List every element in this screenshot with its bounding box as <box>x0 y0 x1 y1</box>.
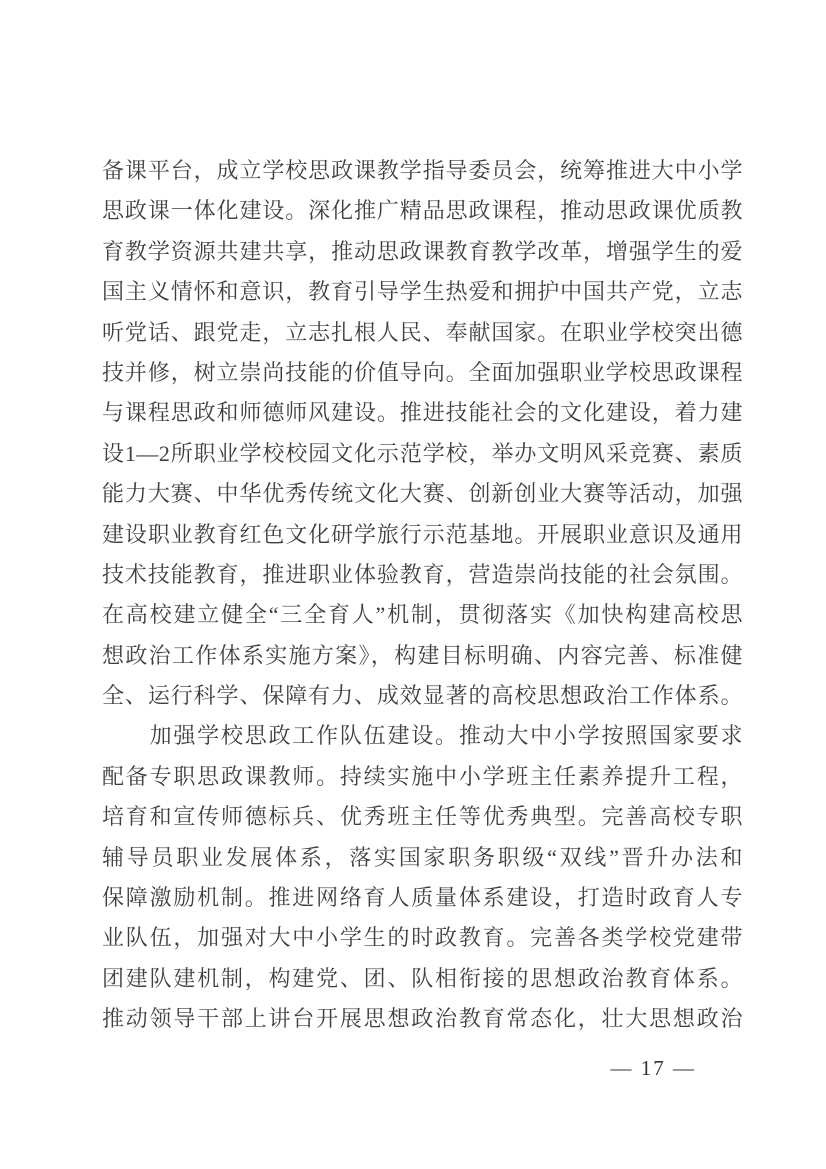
document-line: 在高校建立健全“三全育人”机制，贯彻落实《加快构建高校思 <box>102 595 743 635</box>
document-line: 育教学资源共建共享，推动思政课教育教学改革，增强学生的爱 <box>102 232 743 272</box>
document-line: 国主义情怀和意识，教育引导学生热爱和拥护中国共产党，立志 <box>102 272 743 312</box>
document-line: 全、运行科学、保障有力、成效显著的高校思想政治工作体系。 <box>102 676 743 716</box>
document-line: 推动领导干部上讲台开展思想政治教育常态化，壮大思想政治 <box>102 999 743 1039</box>
document-text-block: 备课平台，成立学校思政课教学指导委员会，统筹推进大中小学 思政课一体化建设。深化… <box>102 151 743 1040</box>
document-line: 配备专职思政课教师。持续实施中小学班主任素养提升工程， <box>102 757 743 797</box>
document-line: 技术技能教育，推进职业体验教育，营造崇尚技能的社会氛围。 <box>102 555 743 595</box>
document-line: 加强学校思政工作队伍建设。推动大中小学按照国家要求 <box>102 716 743 756</box>
document-line: 保障激励机制。推进网络育人质量体系建设，打造时政育人专 <box>102 878 743 918</box>
document-line: 建设职业教育红色文化研学旅行示范基地。开展职业意识及通用 <box>102 515 743 555</box>
page-number: — 17 — <box>611 1056 697 1081</box>
document-line: 业队伍，加强对大中小学生的时政教育。完善各类学校党建带 <box>102 918 743 958</box>
document-line: 与课程思政和师德师风建设。推进技能社会的文化建设，着力建 <box>102 393 743 433</box>
document-line: 备课平台，成立学校思政课教学指导委员会，统筹推进大中小学 <box>102 151 743 191</box>
document-line: 思政课一体化建设。深化推广精品思政课程，推动思政课优质教 <box>102 191 743 231</box>
document-line: 设1—2所职业学校校园文化示范学校，举办文明风采竞赛、素质 <box>102 434 743 474</box>
document-line: 辅导员职业发展体系，落实国家职务职级“双线”晋升办法和 <box>102 838 743 878</box>
document-line: 技并修，树立崇尚技能的价值导向。全面加强职业学校思政课程 <box>102 353 743 393</box>
document-line: 听党话、跟党走，立志扎根人民、奉献国家。在职业学校突出德 <box>102 313 743 353</box>
document-line: 培育和宣传师德标兵、优秀班主任等优秀典型。完善高校专职 <box>102 797 743 837</box>
document-page: 备课平台，成立学校思政课教学指导委员会，统筹推进大中小学 思政课一体化建设。深化… <box>0 0 826 1169</box>
document-line: 想政治工作体系实施方案》，构建目标明确、内容完善、标准健 <box>102 636 743 676</box>
document-line: 能力大赛、中华优秀传统文化大赛、创新创业大赛等活动，加强 <box>102 474 743 514</box>
document-line: 团建队建机制，构建党、团、队相衔接的思想政治教育体系。 <box>102 959 743 999</box>
